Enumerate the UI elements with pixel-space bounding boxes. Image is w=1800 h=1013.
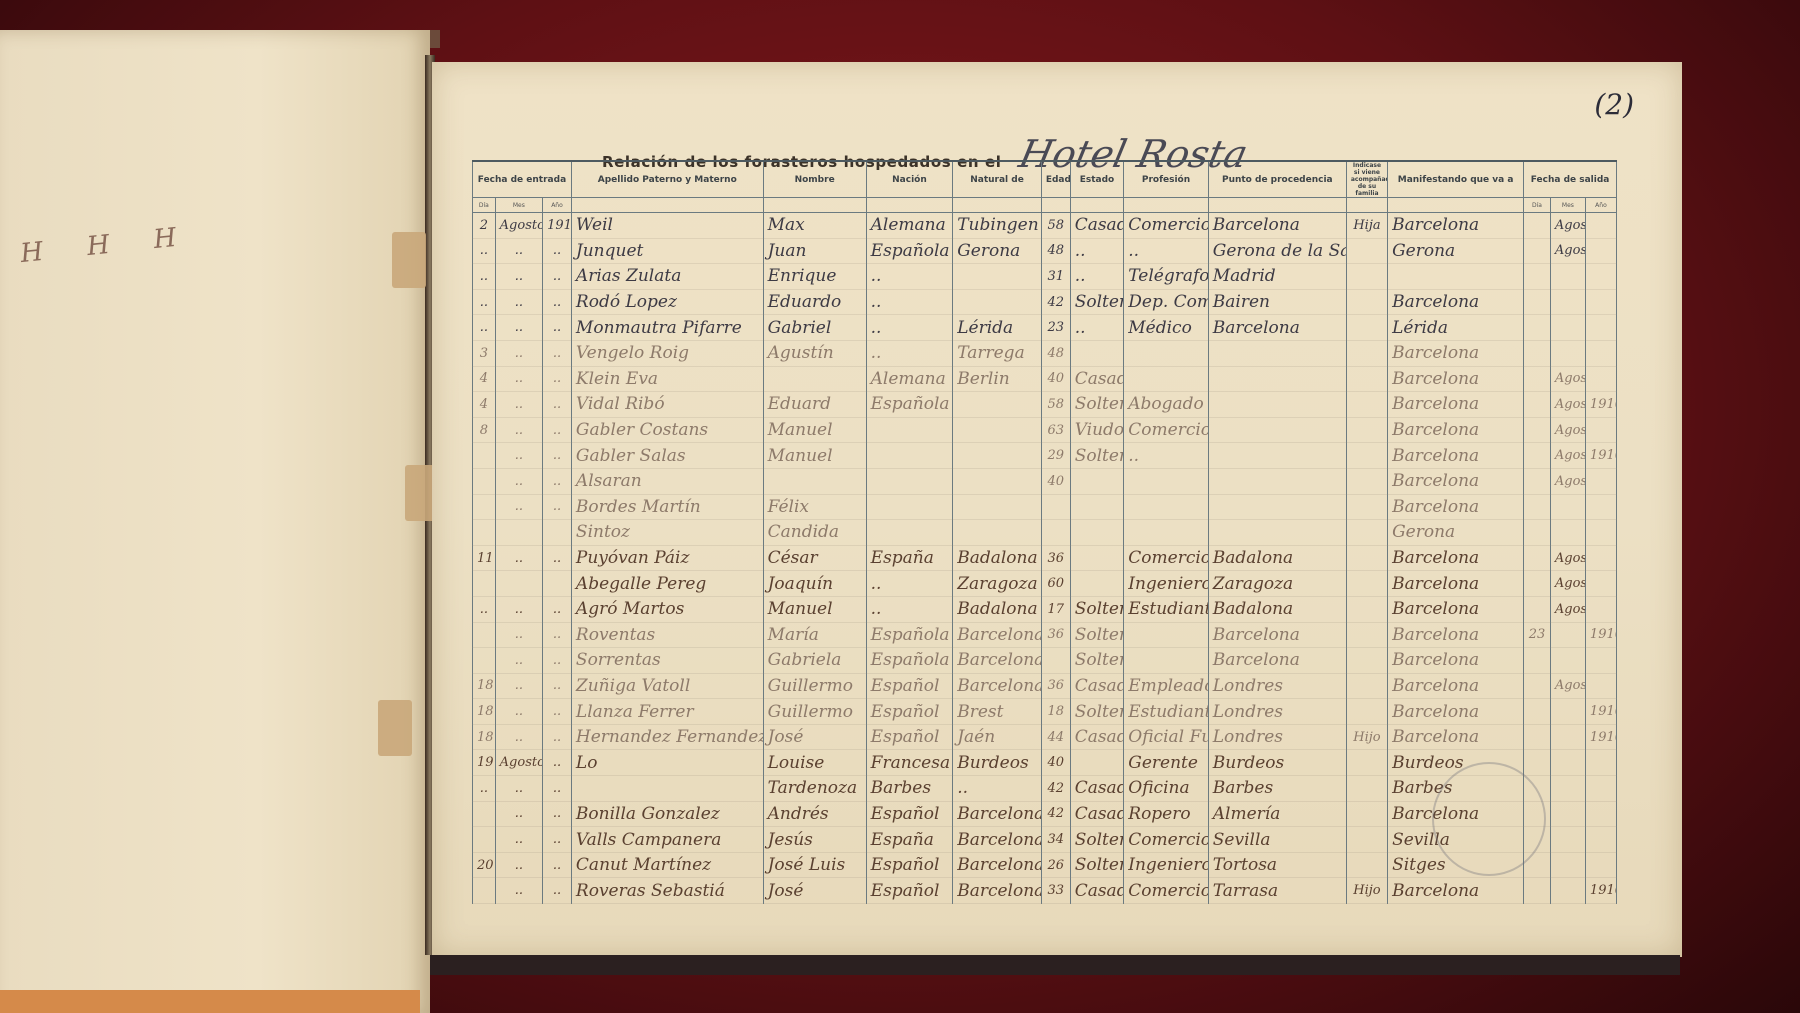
cell-edad: 63 <box>1041 417 1070 443</box>
cell-anio: .. <box>543 443 572 469</box>
cell-anio: .. <box>543 366 572 392</box>
cell-natural: Barcelona <box>953 878 1042 904</box>
column-subheader-salida_dia: Día <box>1524 198 1551 213</box>
cell-mes: .. <box>495 648 542 674</box>
cell-anio: 1910 <box>543 213 572 239</box>
cell-salida_mes: Agosto <box>1550 213 1585 239</box>
cell-nacion <box>866 494 953 520</box>
cell-apellidos: Abegalle Pereg <box>571 571 763 597</box>
cell-edad: 42 <box>1041 776 1070 802</box>
cell-salida_mes <box>1550 648 1585 674</box>
table-row: ....SorrentasGabrielaEspañolaBarcelonaSo… <box>473 648 1617 674</box>
cell-relacion <box>1346 315 1387 341</box>
cell-procedencia: Gerona de la Sal <box>1208 238 1346 264</box>
cell-salida_mes <box>1550 289 1585 315</box>
cell-estado: Casado <box>1070 213 1124 239</box>
cell-estado <box>1070 494 1124 520</box>
column-header-profesion: Profesión <box>1124 161 1209 198</box>
cell-destino: Barcelona <box>1388 571 1524 597</box>
cell-salida_dia <box>1524 494 1551 520</box>
column-subheader-nombre <box>763 198 866 213</box>
cell-dia: 2 <box>473 213 496 239</box>
cell-profesion: .. <box>1124 238 1209 264</box>
cell-anio <box>543 520 572 546</box>
cell-salida_anio <box>1585 648 1616 674</box>
cell-salida_mes <box>1550 878 1585 904</box>
column-subheader-nacion <box>866 198 953 213</box>
cell-relacion <box>1346 801 1387 827</box>
cell-nombre: Manuel <box>763 443 866 469</box>
cell-mes: .. <box>495 827 542 853</box>
cell-natural: Brest <box>953 699 1042 725</box>
cell-apellidos: Puyóvan Páiz <box>571 545 763 571</box>
column-header-salida_dia: Fecha de salida <box>1524 161 1617 198</box>
cell-procedencia: Barcelona <box>1208 213 1346 239</box>
cell-anio: .. <box>543 852 572 878</box>
cell-salida_anio <box>1585 264 1616 290</box>
cell-dia <box>473 827 496 853</box>
cell-nombre: César <box>763 545 866 571</box>
cell-nacion: .. <box>866 315 953 341</box>
cell-salida_mes <box>1550 315 1585 341</box>
cell-dia: 20 <box>473 852 496 878</box>
cell-nacion: Española <box>866 648 953 674</box>
cell-procedencia <box>1208 468 1346 494</box>
cell-apellidos: Alsaran <box>571 468 763 494</box>
cell-profesion: Comercio <box>1124 827 1209 853</box>
cell-procedencia <box>1208 494 1346 520</box>
cell-mes: .. <box>495 852 542 878</box>
cell-estado <box>1070 520 1124 546</box>
cell-edad <box>1041 494 1070 520</box>
cell-natural <box>953 520 1042 546</box>
cell-salida_dia <box>1524 417 1551 443</box>
cell-estado: .. <box>1070 264 1124 290</box>
cell-profesion: Dep. Comercio <box>1124 289 1209 315</box>
right-page: (2) Relación de los forasteros hospedado… <box>432 62 1682 957</box>
column-subheader-relacion <box>1346 198 1387 213</box>
cell-mes: Agosto <box>495 750 542 776</box>
cell-edad: 42 <box>1041 801 1070 827</box>
column-header-natural: Natural de <box>953 161 1042 198</box>
cell-destino: Barcelona <box>1388 213 1524 239</box>
cell-nombre <box>763 468 866 494</box>
cell-edad: 60 <box>1041 571 1070 597</box>
column-subheader-apellidos <box>571 198 763 213</box>
cell-natural: Barcelona <box>953 622 1042 648</box>
cell-relacion <box>1346 699 1387 725</box>
table-row: Abegalle PeregJoaquín..Zaragoza60Ingenie… <box>473 571 1617 597</box>
cell-salida_mes: Agosto <box>1550 366 1585 392</box>
cell-nombre: Eduardo <box>763 289 866 315</box>
cell-relacion <box>1346 520 1387 546</box>
cell-relacion <box>1346 545 1387 571</box>
faded-stamp <box>1432 762 1546 876</box>
cell-dia: .. <box>473 289 496 315</box>
cell-procedencia: Londres <box>1208 724 1346 750</box>
cell-estado: Casado <box>1070 801 1124 827</box>
cell-apellidos: Gabler Costans <box>571 417 763 443</box>
cell-destino: Lérida <box>1388 315 1524 341</box>
cell-mes: .. <box>495 468 542 494</box>
cell-profesion <box>1124 494 1209 520</box>
table-row: 11....Puyóvan PáizCésarEspañaBadalona36C… <box>473 545 1617 571</box>
cell-mes <box>495 520 542 546</box>
cell-salida_mes: Agosto <box>1550 545 1585 571</box>
cell-mes: .. <box>495 673 542 699</box>
cell-procedencia: Tortosa <box>1208 852 1346 878</box>
cell-dia <box>473 468 496 494</box>
table-row: ....Roveras SebastiáJoséEspañolBarcelona… <box>473 878 1617 904</box>
cell-natural: .. <box>953 776 1042 802</box>
cell-mes: .. <box>495 315 542 341</box>
cell-mes: .. <box>495 392 542 418</box>
cell-natural <box>953 289 1042 315</box>
cell-nacion: .. <box>866 571 953 597</box>
cell-apellidos: Hernandez Fernandez <box>571 724 763 750</box>
cell-nacion: .. <box>866 596 953 622</box>
cell-edad: 29 <box>1041 443 1070 469</box>
cell-natural <box>953 494 1042 520</box>
cell-destino: Gerona <box>1388 520 1524 546</box>
cell-dia: 18 <box>473 673 496 699</box>
cell-relacion <box>1346 468 1387 494</box>
cell-nombre: Jesús <box>763 827 866 853</box>
cell-salida_anio <box>1585 213 1616 239</box>
cell-relacion <box>1346 648 1387 674</box>
table-row: ......Rodó LopezEduardo..42SolteroDep. C… <box>473 289 1617 315</box>
cell-profesion <box>1124 468 1209 494</box>
column-header-destino: Manifestando que va a <box>1388 161 1524 198</box>
cell-profesion: Comercio <box>1124 417 1209 443</box>
cell-salida_mes <box>1550 340 1585 366</box>
cell-procedencia: Tarrasa <box>1208 878 1346 904</box>
cell-anio: .. <box>543 545 572 571</box>
cell-profesion: Oficina <box>1124 776 1209 802</box>
cell-salida_dia <box>1524 468 1551 494</box>
cell-salida_dia <box>1524 340 1551 366</box>
cell-nacion <box>866 468 953 494</box>
cell-apellidos: Valls Campanera <box>571 827 763 853</box>
cell-nombre: Gabriela <box>763 648 866 674</box>
cell-salida_dia <box>1524 571 1551 597</box>
table-row: ....Alsaran40BarcelonaAgosto <box>473 468 1617 494</box>
cell-relacion <box>1346 238 1387 264</box>
cell-salida_dia <box>1524 878 1551 904</box>
column-header-procedencia: Punto de procedencia <box>1208 161 1346 198</box>
cell-salida_anio <box>1585 494 1616 520</box>
cell-anio: .. <box>543 315 572 341</box>
cell-nombre: Félix <box>763 494 866 520</box>
cell-relacion <box>1346 443 1387 469</box>
cell-relacion <box>1346 852 1387 878</box>
column-subheader-destino <box>1388 198 1524 213</box>
cell-nacion: Español <box>866 801 953 827</box>
column-subheader-profesion <box>1124 198 1209 213</box>
cell-natural: Tarrega <box>953 340 1042 366</box>
cell-dia: 3 <box>473 340 496 366</box>
cell-nombre: Eduard <box>763 392 866 418</box>
cell-natural: Barcelona <box>953 827 1042 853</box>
cell-edad: 40 <box>1041 468 1070 494</box>
cell-estado <box>1070 750 1124 776</box>
cell-anio: .. <box>543 648 572 674</box>
cell-salida_mes: Agosto <box>1550 238 1585 264</box>
cell-anio: .. <box>543 622 572 648</box>
cell-profesion: Comercio <box>1124 213 1209 239</box>
column-subheader-mes: Mes <box>495 198 542 213</box>
cell-dia: .. <box>473 315 496 341</box>
cell-nacion: Española <box>866 238 953 264</box>
cell-salida_mes <box>1550 852 1585 878</box>
tape-strip <box>392 232 426 288</box>
cell-nombre: Juan <box>763 238 866 264</box>
cell-salida_anio: 1910 <box>1585 724 1616 750</box>
cell-nacion: Español <box>866 699 953 725</box>
cell-relacion <box>1346 827 1387 853</box>
cell-apellidos: Roveras Sebastiá <box>571 878 763 904</box>
cell-apellidos: Sintoz <box>571 520 763 546</box>
cell-nombre: Max <box>763 213 866 239</box>
cell-anio: .. <box>543 238 572 264</box>
cell-profesion <box>1124 520 1209 546</box>
cell-natural <box>953 468 1042 494</box>
cell-anio: .. <box>543 596 572 622</box>
cell-profesion: Ingeniero <box>1124 571 1209 597</box>
cell-procedencia: Barcelona <box>1208 315 1346 341</box>
cell-mes: .. <box>495 724 542 750</box>
column-header-relacion: Indicase si viene acompañado de su famil… <box>1346 161 1387 198</box>
cell-salida_dia <box>1524 699 1551 725</box>
cell-destino: Barcelona <box>1388 443 1524 469</box>
cell-estado: Casado <box>1070 776 1124 802</box>
cell-estado: Soltero <box>1070 443 1124 469</box>
cell-profesion: Comercio <box>1124 878 1209 904</box>
cell-salida_mes: Agosto <box>1550 443 1585 469</box>
cell-salida_dia <box>1524 213 1551 239</box>
cell-relacion <box>1346 622 1387 648</box>
cell-dia: 11 <box>473 545 496 571</box>
cell-nombre: Candida <box>763 520 866 546</box>
cell-anio: .. <box>543 264 572 290</box>
cell-apellidos: Vidal Ribó <box>571 392 763 418</box>
cell-anio: .. <box>543 724 572 750</box>
cell-apellidos: Junquet <box>571 238 763 264</box>
column-subheader-salida_anio: Año <box>1585 198 1616 213</box>
cell-relacion <box>1346 673 1387 699</box>
cell-estado: Soltero <box>1070 392 1124 418</box>
cell-nombre: Manuel <box>763 596 866 622</box>
cell-mes: .. <box>495 264 542 290</box>
cell-destino: Barcelona <box>1388 673 1524 699</box>
cell-salida_anio <box>1585 417 1616 443</box>
cell-salida_anio <box>1585 468 1616 494</box>
cell-dia <box>473 622 496 648</box>
cell-procedencia <box>1208 443 1346 469</box>
cell-nacion: Español <box>866 852 953 878</box>
cell-nombre: Joaquín <box>763 571 866 597</box>
column-subheader-natural <box>953 198 1042 213</box>
cell-salida_anio <box>1585 571 1616 597</box>
cell-dia <box>473 648 496 674</box>
cell-procedencia: Bairen <box>1208 289 1346 315</box>
cell-relacion <box>1346 392 1387 418</box>
table-row: SintozCandidaGerona <box>473 520 1617 546</box>
column-subheader-salida_mes: Mes <box>1550 198 1585 213</box>
cell-destino: Barcelona <box>1388 417 1524 443</box>
cell-relacion <box>1346 750 1387 776</box>
cell-salida_dia <box>1524 596 1551 622</box>
cell-estado: Casado <box>1070 724 1124 750</box>
cell-nacion: Español <box>866 878 953 904</box>
cell-relacion <box>1346 596 1387 622</box>
cell-procedencia <box>1208 340 1346 366</box>
cell-natural: Lérida <box>953 315 1042 341</box>
cell-natural: Barcelona <box>953 852 1042 878</box>
cell-salida_mes: Agosto <box>1550 571 1585 597</box>
cell-natural: Zaragoza <box>953 571 1042 597</box>
cell-salida_dia <box>1524 648 1551 674</box>
cell-profesion: Oficial Fuerza <box>1124 724 1209 750</box>
cell-profesion: Estudiante <box>1124 596 1209 622</box>
cell-estado: Soltero <box>1070 827 1124 853</box>
cell-nombre: Gabriel <box>763 315 866 341</box>
cell-salida_mes <box>1550 827 1585 853</box>
table-row: 4....Klein EvaAlemanaBerlin40CasadaBarce… <box>473 366 1617 392</box>
cell-salida_mes <box>1550 494 1585 520</box>
cell-edad <box>1041 520 1070 546</box>
cell-dia: 4 <box>473 366 496 392</box>
cell-nombre: Guillermo <box>763 699 866 725</box>
cell-destino: Barcelona <box>1388 392 1524 418</box>
cell-profesion: Telégrafo <box>1124 264 1209 290</box>
cell-nacion: Español <box>866 724 953 750</box>
cell-relacion: Hijo <box>1346 724 1387 750</box>
cell-profesion: Ingeniero <box>1124 852 1209 878</box>
cell-apellidos: Canut Martínez <box>571 852 763 878</box>
column-header-apellidos: Apellido Paterno y Materno <box>571 161 763 198</box>
cell-procedencia: Sevilla <box>1208 827 1346 853</box>
cell-edad: 58 <box>1041 392 1070 418</box>
table-row: ......JunquetJuanEspañolaGerona48....Ger… <box>473 238 1617 264</box>
subheader-row: DíaMesAñoDíaMesAño <box>473 198 1617 213</box>
cell-nacion: Español <box>866 673 953 699</box>
cell-mes: .. <box>495 340 542 366</box>
cell-mes: .. <box>495 596 542 622</box>
cell-estado: Soltero <box>1070 596 1124 622</box>
cell-profesion: Abogado <box>1124 392 1209 418</box>
cell-edad: 40 <box>1041 366 1070 392</box>
cell-dia <box>473 878 496 904</box>
cell-estado: Soltero <box>1070 289 1124 315</box>
cell-dia: 8 <box>473 417 496 443</box>
cell-dia: 4 <box>473 392 496 418</box>
cell-dia: .. <box>473 238 496 264</box>
cell-edad: 17 <box>1041 596 1070 622</box>
cell-anio: .. <box>543 468 572 494</box>
cell-nacion: Barbes <box>866 776 953 802</box>
cell-nacion <box>866 417 953 443</box>
cell-salida_anio <box>1585 520 1616 546</box>
cell-nacion: Alemana <box>866 213 953 239</box>
cell-salida_anio <box>1585 801 1616 827</box>
cell-nacion: España <box>866 545 953 571</box>
cell-salida_dia <box>1524 315 1551 341</box>
tape-strip <box>378 700 412 756</box>
table-row: 18....Hernandez FernandezJoséEspañolJaén… <box>473 724 1617 750</box>
cell-procedencia <box>1208 520 1346 546</box>
pencil-mark: H H H <box>19 221 196 269</box>
cell-edad: 31 <box>1041 264 1070 290</box>
table-row: ....Gabler SalasManuel29Soltero..Barcelo… <box>473 443 1617 469</box>
cell-apellidos: Monmautra Pifarre <box>571 315 763 341</box>
cell-profesion <box>1124 366 1209 392</box>
cell-estado: .. <box>1070 315 1124 341</box>
cell-salida_mes <box>1550 776 1585 802</box>
cell-natural: Barcelona <box>953 801 1042 827</box>
cell-salida_anio <box>1585 238 1616 264</box>
cell-anio: .. <box>543 340 572 366</box>
cell-procedencia <box>1208 392 1346 418</box>
cell-procedencia: Barcelona <box>1208 622 1346 648</box>
cell-anio: .. <box>543 289 572 315</box>
column-header-edad: Edad <box>1041 161 1070 198</box>
cell-dia <box>473 801 496 827</box>
cell-relacion <box>1346 340 1387 366</box>
cell-anio: .. <box>543 827 572 853</box>
cell-nacion: España <box>866 827 953 853</box>
cell-edad: 33 <box>1041 878 1070 904</box>
cell-procedencia: Badalona <box>1208 596 1346 622</box>
cell-salida_dia <box>1524 724 1551 750</box>
cell-edad: 23 <box>1041 315 1070 341</box>
cell-salida_dia <box>1524 238 1551 264</box>
cell-nombre: Guillermo <box>763 673 866 699</box>
cell-salida_anio <box>1585 750 1616 776</box>
cell-salida_mes <box>1550 264 1585 290</box>
header-row: Fecha de entradaApellido Paterno y Mater… <box>473 161 1617 198</box>
cell-natural: Badalona <box>953 545 1042 571</box>
cell-mes: .. <box>495 801 542 827</box>
cell-edad: 58 <box>1041 213 1070 239</box>
cell-profesion: Médico <box>1124 315 1209 341</box>
cell-mes: .. <box>495 776 542 802</box>
cell-destino: Barcelona <box>1388 878 1524 904</box>
cell-nombre <box>763 366 866 392</box>
cell-procedencia: Barcelona <box>1208 648 1346 674</box>
cell-relacion <box>1346 417 1387 443</box>
cell-salida_anio <box>1585 596 1616 622</box>
cell-nombre: José <box>763 878 866 904</box>
cell-estado: Viudo <box>1070 417 1124 443</box>
cell-salida_anio: 1910 <box>1585 392 1616 418</box>
cell-estado: Soltero <box>1070 852 1124 878</box>
cell-relacion <box>1346 264 1387 290</box>
cell-dia: 18 <box>473 724 496 750</box>
cell-apellidos: Bonilla Gonzalez <box>571 801 763 827</box>
cell-edad: 36 <box>1041 545 1070 571</box>
cell-procedencia: Londres <box>1208 699 1346 725</box>
column-subheader-edad <box>1041 198 1070 213</box>
cell-salida_dia <box>1524 520 1551 546</box>
column-header-estado: Estado <box>1070 161 1124 198</box>
cell-anio: .. <box>543 801 572 827</box>
cell-edad: 44 <box>1041 724 1070 750</box>
cell-nacion: .. <box>866 264 953 290</box>
cell-anio: .. <box>543 699 572 725</box>
cell-relacion <box>1346 494 1387 520</box>
cell-salida_dia <box>1524 264 1551 290</box>
